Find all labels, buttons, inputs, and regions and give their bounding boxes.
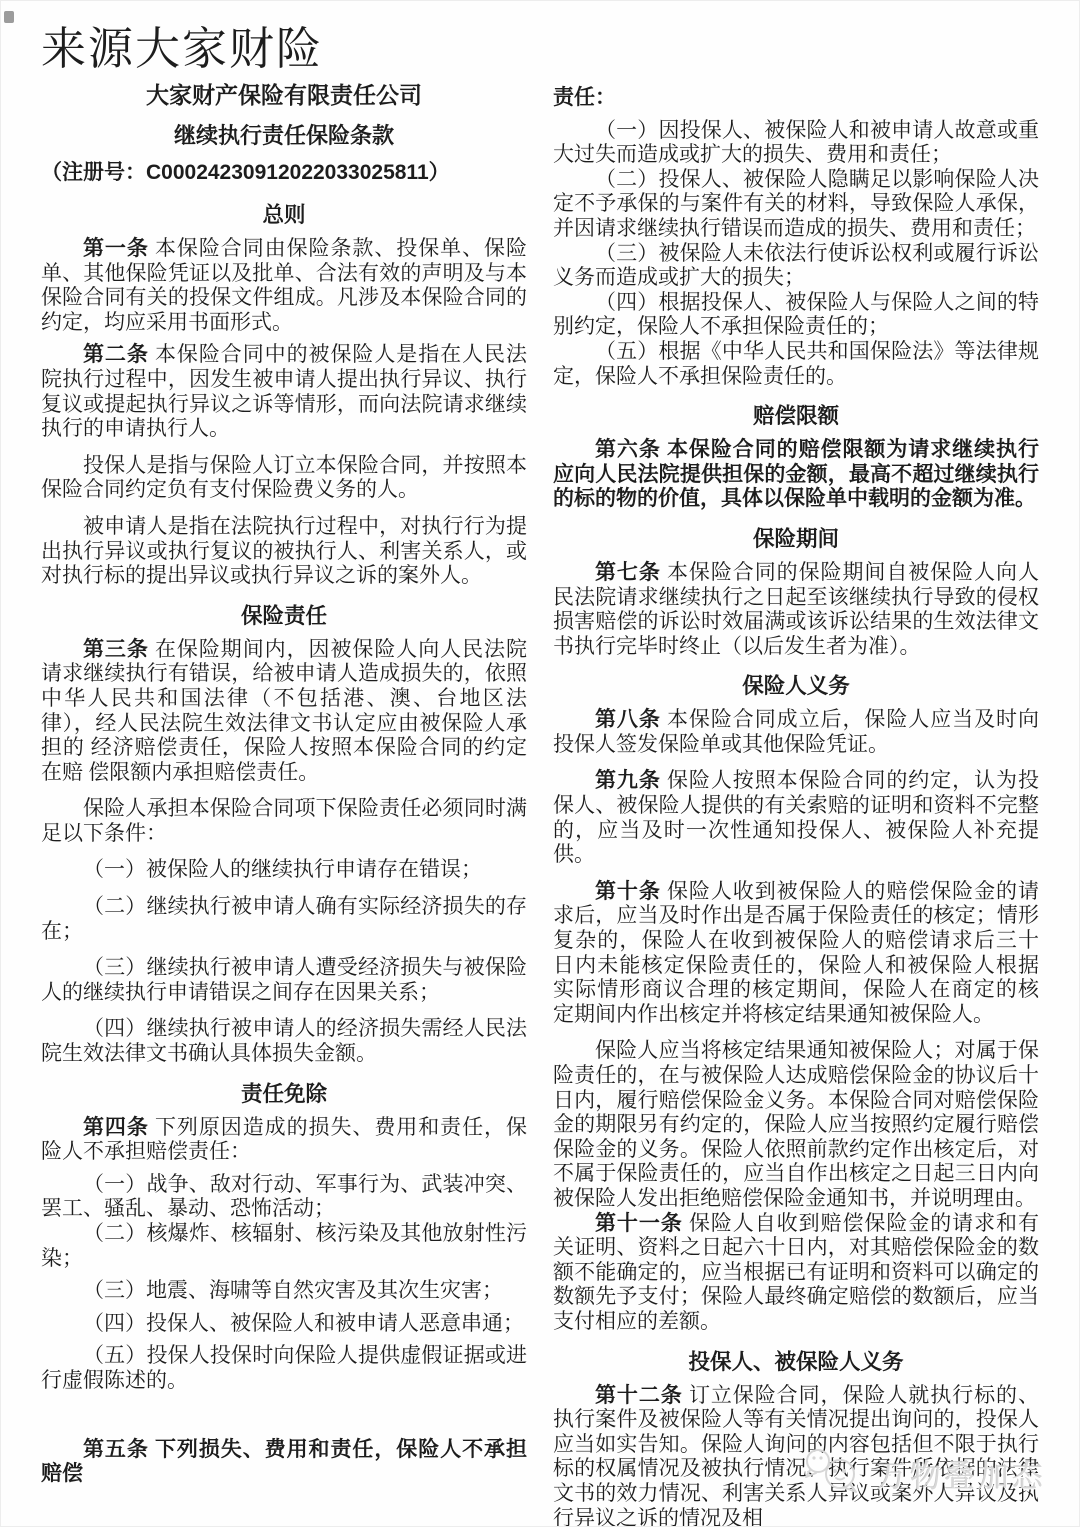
article-number: 第十条 — [595, 879, 661, 903]
paragraph: 第四条 下列原因造成的损失、费用和责任，保险人不承担赔偿责任： — [41, 1115, 527, 1164]
paragraph: （三）继续执行被申请人遭受经济损失与被保险人的继续执行申请错误之间存在因果关系； — [41, 955, 527, 1004]
watermark-text: 万物叠加态 — [876, 1451, 1046, 1496]
paragraph: （三）被保险人未依法行使诉讼权利或履行诉讼义务而造成或扩大的损失； — [553, 241, 1039, 290]
paragraph: （二）继续执行被申请人确有实际经济损失的存在； — [41, 894, 527, 943]
paragraph: 第八条 本保险合同成立后，保险人应当及时向投保人签发保险单或其他保险凭证。 — [553, 707, 1039, 756]
paragraph: （一）战争、敌对行动、军事行为、武装冲突、罢工、骚乱、暴动、恐怖活动； — [41, 1172, 527, 1221]
article-number: 第二条 — [83, 342, 149, 366]
paragraph: 第九条 保险人按照本保险合同的约定，认为投保人、被保险人提供的有关索赔的证明和资… — [553, 768, 1039, 866]
article-number: 第一条 — [83, 236, 149, 260]
left-column-body: 总则第一条 本保险合同由保险条款、投保单、保险单、其他保险凭证以及批单、合法有效… — [41, 202, 527, 1486]
paragraph: （四）投保人、被保险人和被申请人恶意串通； — [41, 1311, 527, 1336]
article-number: 第十二条 — [595, 1383, 683, 1407]
article-number: 第八条 — [595, 707, 661, 731]
section-heading: 保险人义务 — [553, 673, 1039, 699]
paragraph: 第七条 本保险合同的保险期间自被保险人向人民法院请求继续执行之日起至该继续执行导… — [553, 560, 1039, 658]
document-page: 来源大家财险 大家财产保险有限责任公司 继续执行责任保险条款 （注册号：C000… — [0, 0, 1080, 1527]
source-title: 来源大家财险 — [41, 25, 527, 73]
article-number: 第四条 — [83, 1115, 149, 1139]
page-title: 继续执行责任保险条款 — [41, 121, 527, 150]
paragraph: 第十一条 保险人自收到赔偿保险金的请求和有关证明、资料之日起六十日内，对其赔偿保… — [553, 1211, 1039, 1334]
registration-number: （注册号：C00024230912022033025811） — [41, 159, 527, 187]
left-column: 来源大家财险 大家财产保险有限责任公司 继续执行责任保险条款 （注册号：C000… — [41, 25, 527, 1527]
section-heading: 总则 — [41, 202, 527, 228]
paragraph: 责任： — [553, 85, 1039, 110]
paragraph: 第一条 本保险合同由保险条款、投保单、保险单、其他保险凭证以及批单、合法有效的声… — [41, 236, 527, 334]
chat-bubbles-logo-icon — [801, 1447, 867, 1500]
paragraph: 第二条 本保险合同中的被保险人是指在人民法院执行过程中，因发生被申请人提出执行异… — [41, 342, 527, 440]
paragraph: 被申请人是指在法院执行过程中，对执行行为提出执行异议或执行复议的被执行人、利害关… — [41, 514, 527, 588]
article-number: 第十一条 — [595, 1211, 683, 1235]
article-number: 第六条 — [595, 437, 661, 461]
watermark: 万物叠加态 — [801, 1447, 1046, 1500]
section-heading: 保险责任 — [41, 603, 527, 629]
article-number: 第五条 — [83, 1437, 149, 1461]
paragraph: （二）核爆炸、核辐射、核污染及其他放射性污染； — [41, 1221, 527, 1270]
scan-artifact — [4, 11, 14, 23]
paragraph: （五）投保人投保时向保险人提供虚假证据或进行虚假陈述的。 — [41, 1343, 527, 1392]
right-column: 责任：（一）因投保人、被保险人和被申请人故意或重大过失而造成或扩大的损失、费用和… — [553, 25, 1039, 1527]
paragraph: 第五条 下列损失、费用和责任，保险人不承担赔偿 — [41, 1437, 527, 1486]
paragraph: （四）根据投保人、被保险人与保险人之间的特别约定，保险人不承担保险责任的； — [553, 290, 1039, 339]
paragraph: （四）继续执行被申请人的经济损失需经人民法院生效法律文书确认具体损失金额。 — [41, 1016, 527, 1065]
two-column-layout: 来源大家财险 大家财产保险有限责任公司 继续执行责任保险条款 （注册号：C000… — [1, 1, 1079, 1527]
paragraph: 保险人应当将核定结果通知被保险人；对属于保险责任的，在与被保险人达成赔偿保险金的… — [553, 1038, 1039, 1210]
article-number: 第三条 — [83, 637, 149, 661]
paragraph: 保险人承担本保险合同项下保险责任必须同时满足以下条件： — [41, 796, 527, 845]
paragraph: 第十条 保险人收到被保险人的赔偿保险金的请求后，应当及时作出是否属于保险责任的核… — [553, 879, 1039, 1027]
article-number: 第九条 — [595, 768, 661, 792]
section-heading: 赔偿限额 — [553, 403, 1039, 429]
section-heading: 投保人、被保险人义务 — [553, 1349, 1039, 1375]
paragraph: 第六条 本保险合同的赔偿限额为请求继续执行应向人民法院提供担保的金额，最高不超过… — [553, 437, 1039, 511]
paragraph: 第三条 在保险期间内，因被保险人向人民法院请求继续执行有错误，给被申请人造成损失… — [41, 637, 527, 785]
article-number: 第七条 — [595, 560, 661, 584]
right-column-body: 责任：（一）因投保人、被保险人和被申请人故意或重大过失而造成或扩大的损失、费用和… — [553, 85, 1039, 1527]
paragraph: 投保人是指与保险人订立本保险合同，并按照本保险合同约定负有支付保险费义务的人。 — [41, 453, 527, 502]
section-heading: 保险期间 — [553, 526, 1039, 552]
section-heading: 责任免除 — [41, 1081, 527, 1107]
company-name: 大家财产保险有限责任公司 — [41, 80, 527, 110]
paragraph: （五）根据《中华人民共和国保险法》等法律规定，保险人不承担保险责任的。 — [553, 339, 1039, 388]
paragraph: （一）被保险人的继续执行申请存在错误； — [41, 857, 527, 882]
paragraph: （二）投保人、被保险人隐瞒足以影响保险人决定不予承保的与案件有关的材料，导致保险… — [553, 167, 1039, 241]
paragraph: （一）因投保人、被保险人和被申请人故意或重大过失而造成或扩大的损失、费用和责任； — [553, 118, 1039, 167]
paragraph: （三）地震、海啸等自然灾害及其次生灾害； — [41, 1278, 527, 1303]
